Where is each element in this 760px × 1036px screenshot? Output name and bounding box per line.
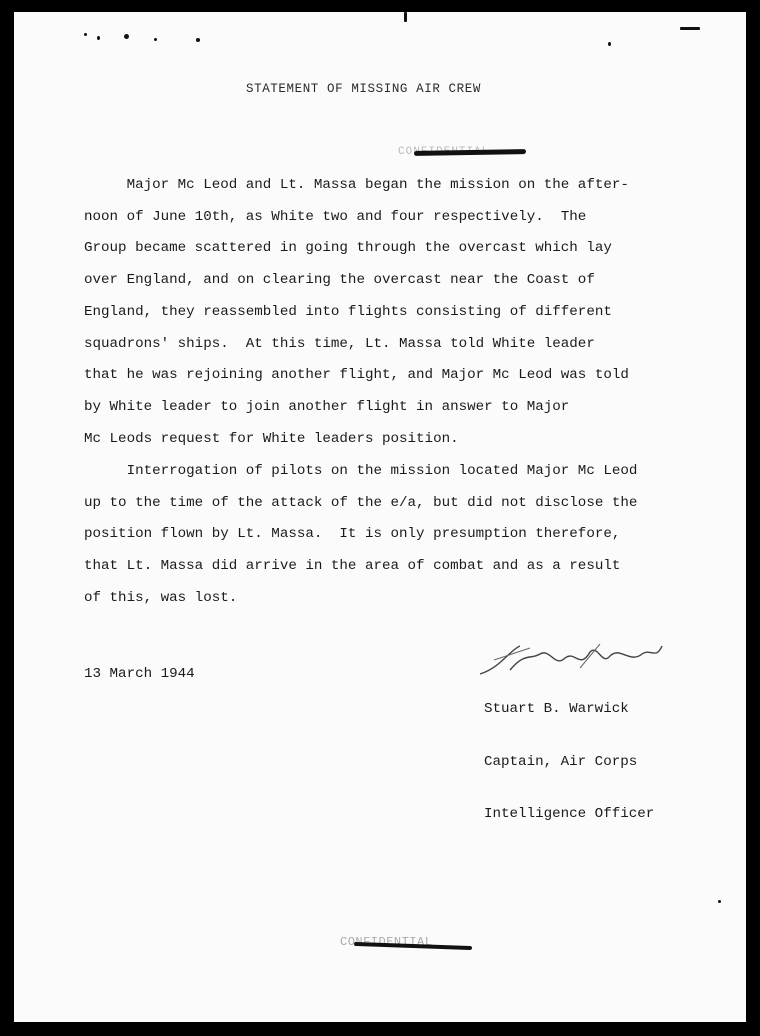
text-line: noon of June 10th, as White two and four… (84, 202, 704, 234)
speck (718, 900, 721, 903)
speck (608, 42, 611, 46)
speck (404, 12, 407, 22)
text-line: Mc Leods request for White leaders posit… (84, 424, 704, 456)
document-date: 13 March 1944 (84, 666, 195, 682)
classification-stamp-top: CONFIDENTIAL (398, 146, 526, 158)
signature-block: Stuart B. Warwick Captain, Air Corps Int… (484, 666, 654, 841)
text-line: England, they reassembled into flights c… (84, 297, 704, 329)
text-line: of this, was lost. (84, 583, 704, 615)
classification-stamp-bottom: CONFIDENTIAL (340, 935, 470, 955)
signatory-rank: Captain, Air Corps (484, 754, 654, 772)
text-line: that he was rejoining another flight, an… (84, 360, 704, 392)
text-line: Interrogation of pilots on the mission l… (84, 456, 704, 488)
text-line: over England, and on clearing the overca… (84, 265, 704, 297)
text-line: up to the time of the attack of the e/a,… (84, 488, 704, 520)
speck (84, 33, 87, 36)
speck (680, 27, 700, 30)
text-line: by White leader to join another flight i… (84, 392, 704, 424)
text-line: position flown by Lt. Massa. It is only … (84, 519, 704, 551)
text-line: squadrons' ships. At this time, Lt. Mass… (84, 329, 704, 361)
paragraph-1: Major Mc Leod and Lt. Massa began the mi… (84, 170, 704, 455)
speck (124, 34, 129, 39)
document-title: STATEMENT OF MISSING AIR CREW (246, 82, 481, 96)
text-line: that Lt. Massa did arrive in the area of… (84, 551, 704, 583)
speck (97, 36, 100, 40)
speck (196, 38, 200, 42)
signatory-name: Stuart B. Warwick (484, 701, 654, 719)
signatory-position: Intelligence Officer (484, 806, 654, 824)
strike-through-mark (414, 149, 526, 156)
text-line: Major Mc Leod and Lt. Massa began the mi… (84, 170, 704, 202)
paragraph-2: Interrogation of pilots on the mission l… (84, 456, 704, 615)
text-line: Group became scattered in going through … (84, 233, 704, 265)
speck (154, 38, 157, 41)
